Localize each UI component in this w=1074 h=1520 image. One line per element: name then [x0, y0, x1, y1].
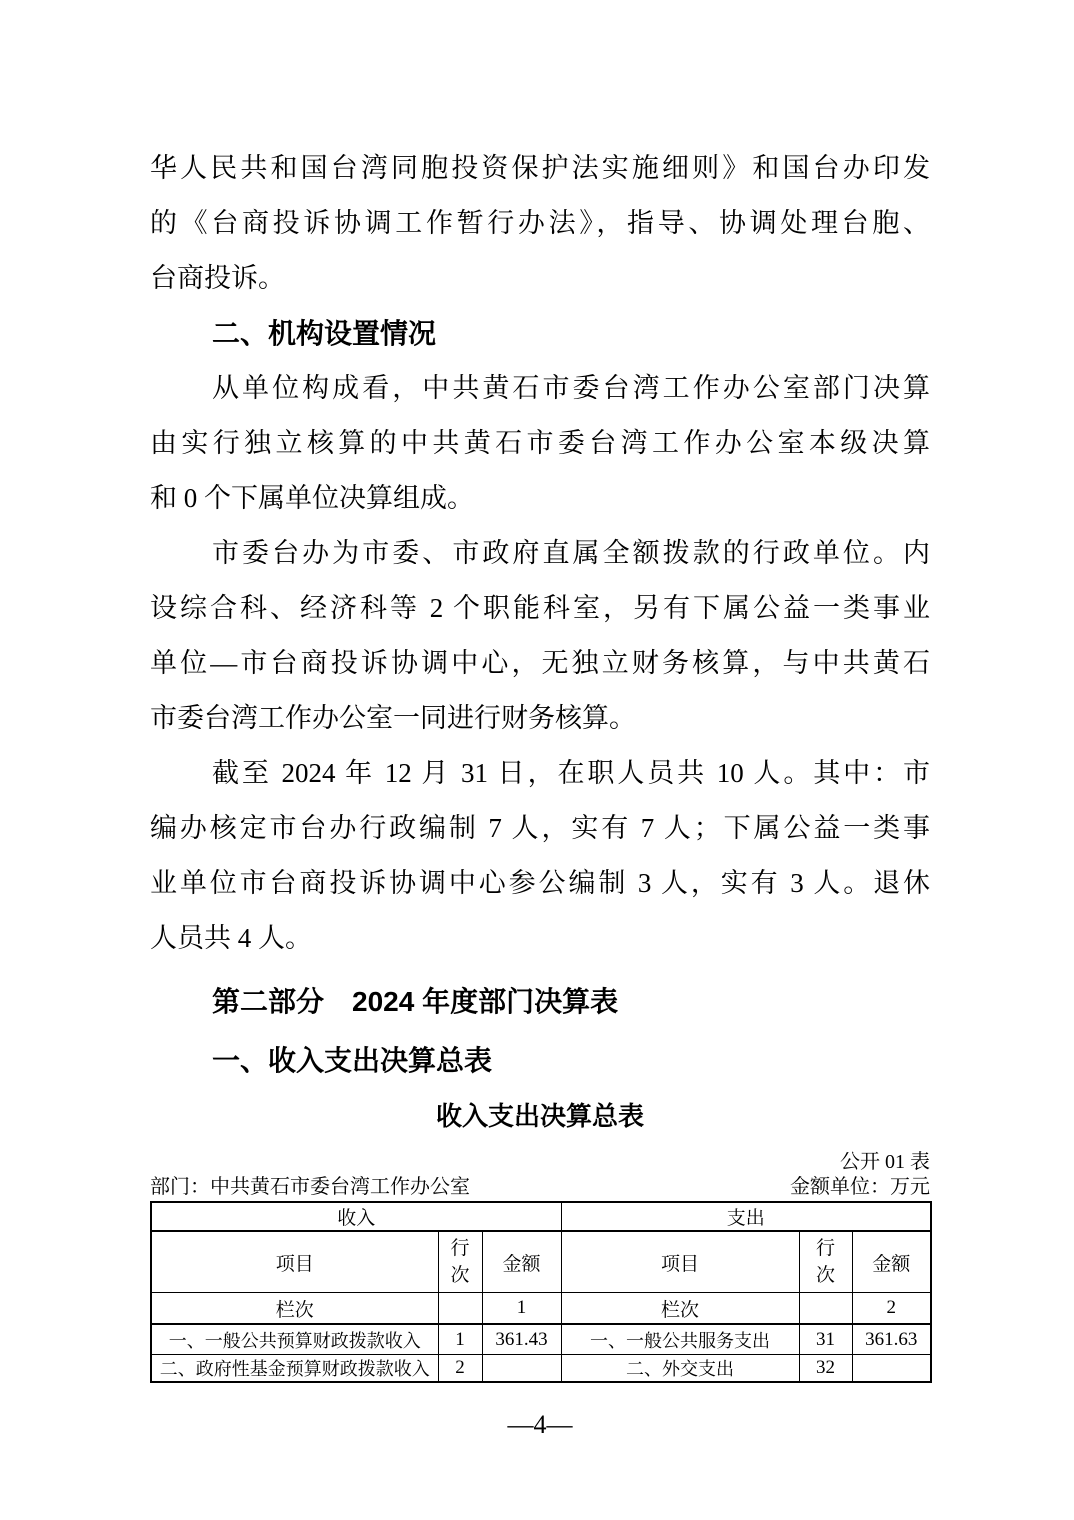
body-text-line: 业单位市台商投诉协调中心参公编制 3 人，实有 3 人。退休 [150, 856, 930, 911]
body-text-line: 设综合科、经济科等 2 个职能科室，另有下属公益一类事业 [150, 581, 930, 636]
col-header-rowno-income-text: 行次 [450, 1235, 470, 1289]
body-text-line: 市委台湾工作办公室一同进行财务核算。 [150, 691, 930, 746]
table-row-column-index: 栏次 1 栏次 2 [151, 1293, 931, 1325]
table-cell-amount: 361.63 [852, 1324, 931, 1355]
table-cell: 栏次 [151, 1293, 438, 1325]
table-cell: 栏次 [561, 1293, 799, 1325]
amount-unit-label: 金额单位：万元 [790, 1174, 930, 1200]
table-header-income: 收入 [151, 1202, 561, 1231]
table-cell-item: 二、政府性基金预算财政拨款收入 [151, 1355, 438, 1383]
col-header-rowno-income: 行次 [438, 1231, 482, 1293]
body-text-line: 和 0 个下属单位决算组成。 [150, 471, 930, 526]
table-title: 收入支出决算总表 [150, 1089, 930, 1144]
body-text-line: 单位—市台商投诉协调中心，无独立财务核算，与中共黄石 [150, 636, 930, 691]
col-header-amount-income: 金额 [482, 1231, 561, 1293]
heading-organization-setup: 二、机构设置情况 [150, 306, 930, 361]
table-cell-item: 一、一般公共预算财政拨款收入 [151, 1324, 438, 1355]
document-page: 华人民共和国台湾同胞投资保护法实施细则》和国台办印发 的《台商投诉协调工作暂行办… [0, 0, 1074, 1520]
income-expense-summary-table: 收入 支出 项目 行次 金额 项目 行次 金额 栏次 1 栏次 [150, 1201, 932, 1383]
table-cell [438, 1293, 482, 1325]
table-meta-row: 部门：中共黄石市委台湾工作办公室 金额单位：万元 [150, 1174, 930, 1200]
body-text-line: 的《台商投诉协调工作暂行办法》，指导、协调处理台胞、 [150, 196, 930, 251]
col-header-item-expense: 项目 [561, 1231, 799, 1293]
body-text-line: 华人民共和国台湾同胞投资保护法实施细则》和国台办印发 [150, 141, 930, 196]
table-row-section-headers: 收入 支出 [151, 1202, 931, 1231]
table-row-column-headers: 项目 行次 金额 项目 行次 金额 [151, 1231, 931, 1293]
col-header-rowno-expense: 行次 [799, 1231, 852, 1293]
body-text-line: 由实行独立核算的中共黄石市委台湾工作办公室本级决算 [150, 416, 930, 471]
table-cell-amount [852, 1355, 931, 1383]
body-text-line: 市委台办为市委、市政府直属全额拨款的行政单位。内 [150, 526, 930, 581]
table-row: 二、政府性基金预算财政拨款收入 2 二、外交支出 32 [151, 1355, 931, 1383]
heading-income-expense-summary: 一、收入支出决算总表 [150, 1033, 930, 1088]
table-cell: 2 [852, 1293, 931, 1325]
table-row: 一、一般公共预算财政拨款收入 1 361.43 一、一般公共服务支出 31 36… [151, 1324, 931, 1355]
sheet-number-label: 公开 01 表 [150, 1150, 930, 1174]
table-header-expense: 支出 [561, 1202, 931, 1231]
table-cell-item: 二、外交支出 [561, 1355, 799, 1383]
table-cell-rowno: 2 [438, 1355, 482, 1383]
table-cell: 1 [482, 1293, 561, 1325]
col-header-rowno-expense-text: 行次 [816, 1235, 836, 1289]
table-cell-amount: 361.43 [482, 1324, 561, 1355]
table-cell-rowno: 31 [799, 1324, 852, 1355]
col-header-item-income: 项目 [151, 1231, 438, 1293]
page-content: 华人民共和国台湾同胞投资保护法实施细则》和国台办印发 的《台商投诉协调工作暂行办… [150, 0, 930, 1440]
page-number: —4— [150, 1410, 930, 1440]
table-cell [799, 1293, 852, 1325]
body-text-line: 台商投诉。 [150, 251, 930, 306]
table-cell-rowno: 32 [799, 1355, 852, 1383]
table-cell-rowno: 1 [438, 1324, 482, 1355]
body-text-line: 截至 2024 年 12 月 31 日，在职人员共 10 人。其中：市 [150, 746, 930, 801]
col-header-amount-expense: 金额 [852, 1231, 931, 1293]
table-cell-amount [482, 1355, 561, 1383]
body-text-line: 人员共 4 人。 [150, 911, 930, 966]
body-text-line: 编办核定市台办行政编制 7 人，实有 7 人；下属公益一类事 [150, 801, 930, 856]
heading-part2: 第二部分 2024 年度部门决算表 [150, 974, 930, 1029]
table-cell-item: 一、一般公共服务支出 [561, 1324, 799, 1355]
body-text-line: 从单位构成看，中共黄石市委台湾工作办公室部门决算 [150, 361, 930, 416]
department-label: 部门：中共黄石市委台湾工作办公室 [150, 1174, 470, 1200]
